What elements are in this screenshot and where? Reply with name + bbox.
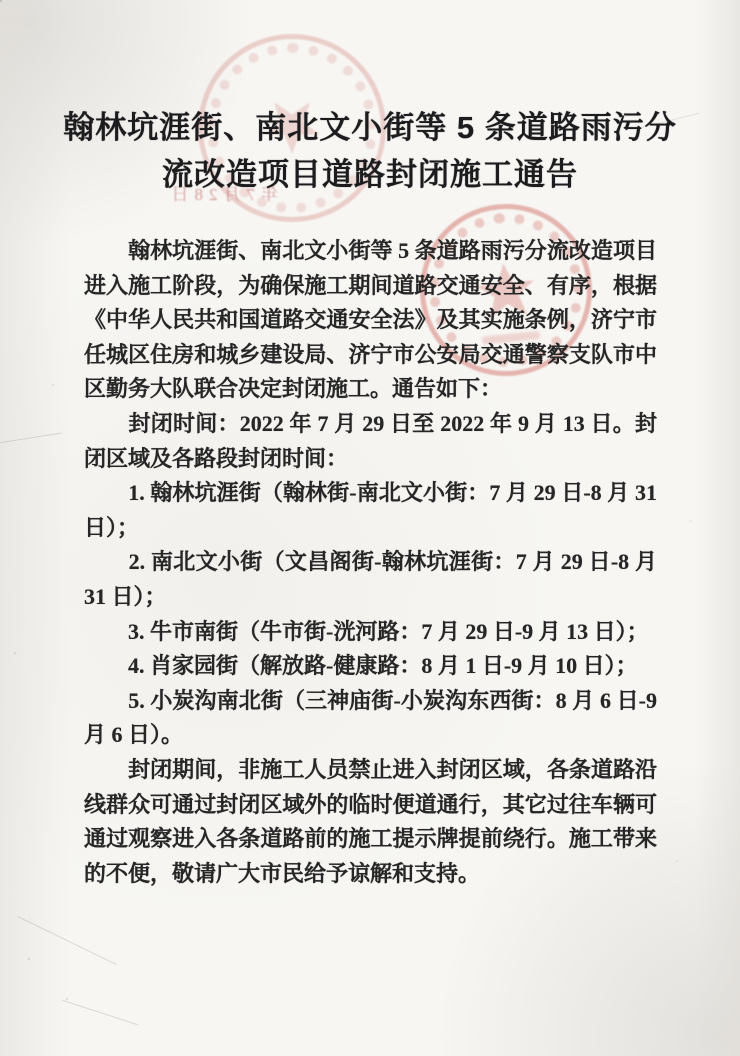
doc-line: 封闭时间：2022 年 7 月 29 日至 2022 年 9 月 13 日。封: [84, 407, 657, 442]
paper-specks: [0, 0, 2, 2]
doc-line: 线群众可通过封闭区域外的临时便道通行，其它过往车辆可: [84, 788, 657, 823]
paper-crease: [62, 1000, 138, 1026]
doc-line: 进入施工阶段，为确保施工期间道路交通安全、有序，根据: [84, 269, 657, 304]
doc-line: 日）；: [84, 511, 657, 546]
doc-line: 封闭期间，非施工人员禁止进入封闭区域，各条道路沿: [84, 753, 657, 788]
doc-title-line: 翰林坑涯街、南北文小街等 5 条道路雨污分: [40, 104, 700, 151]
doc-line: 4. 肖家园街（解放路-健康路：8 月 1 日-9 月 10 日）；: [84, 649, 657, 684]
doc-line: 区勤务大队联合决定封闭施工。通告如下：: [84, 372, 657, 407]
scanned-document-page: 年7月28日 翰林坑涯街、南北文小街等 5 条道路雨污分 流改造项目道路封闭施工…: [0, 0, 740, 1056]
doc-body: 翰林坑涯街、南北文小街等 5 条道路雨污分流改造项目 进入施工阶段，为确保施工期…: [84, 234, 657, 891]
doc-line: 闭区域及各路段封闭时间：: [84, 442, 657, 477]
doc-line: 任城区住房和城乡建设局、济宁市公安局交通警察支队市中: [84, 338, 657, 373]
doc-title-line: 流改造项目道路封闭施工通告: [40, 151, 700, 198]
doc-line: 《中华人民共和国道路交通安全法》及其实施条例，济宁市: [84, 303, 657, 338]
doc-line: 5. 小炭沟南北街（三神庙街-小炭沟东西街：8 月 6 日-9: [84, 684, 657, 719]
doc-line: 的不便，敬请广大市民给予谅解和支持。: [84, 857, 657, 892]
doc-line: 月 6 日）。: [84, 718, 657, 753]
doc-line: 3. 牛市南街（牛市街-洸河路：7 月 29 日-9 月 13 日）；: [84, 615, 657, 650]
doc-line: 1. 翰林坑涯街（翰林街-南北文小街：7 月 29 日-8 月 31: [84, 476, 657, 511]
paper-crease: [17, 916, 116, 965]
doc-line: 通过观察进入各条道路前的施工提示牌提前绕行。施工带来: [84, 822, 657, 857]
doc-line: 31 日）；: [84, 580, 657, 615]
paper-crease: [0, 433, 62, 445]
doc-line: 翰林坑涯街、南北文小街等 5 条道路雨污分流改造项目: [84, 234, 657, 269]
doc-line: 2. 南北文小街（文昌阁街-翰林坑涯街：7 月 29 日-8 月: [84, 545, 657, 580]
doc-title: 翰林坑涯街、南北文小街等 5 条道路雨污分 流改造项目道路封闭施工通告: [40, 104, 700, 198]
